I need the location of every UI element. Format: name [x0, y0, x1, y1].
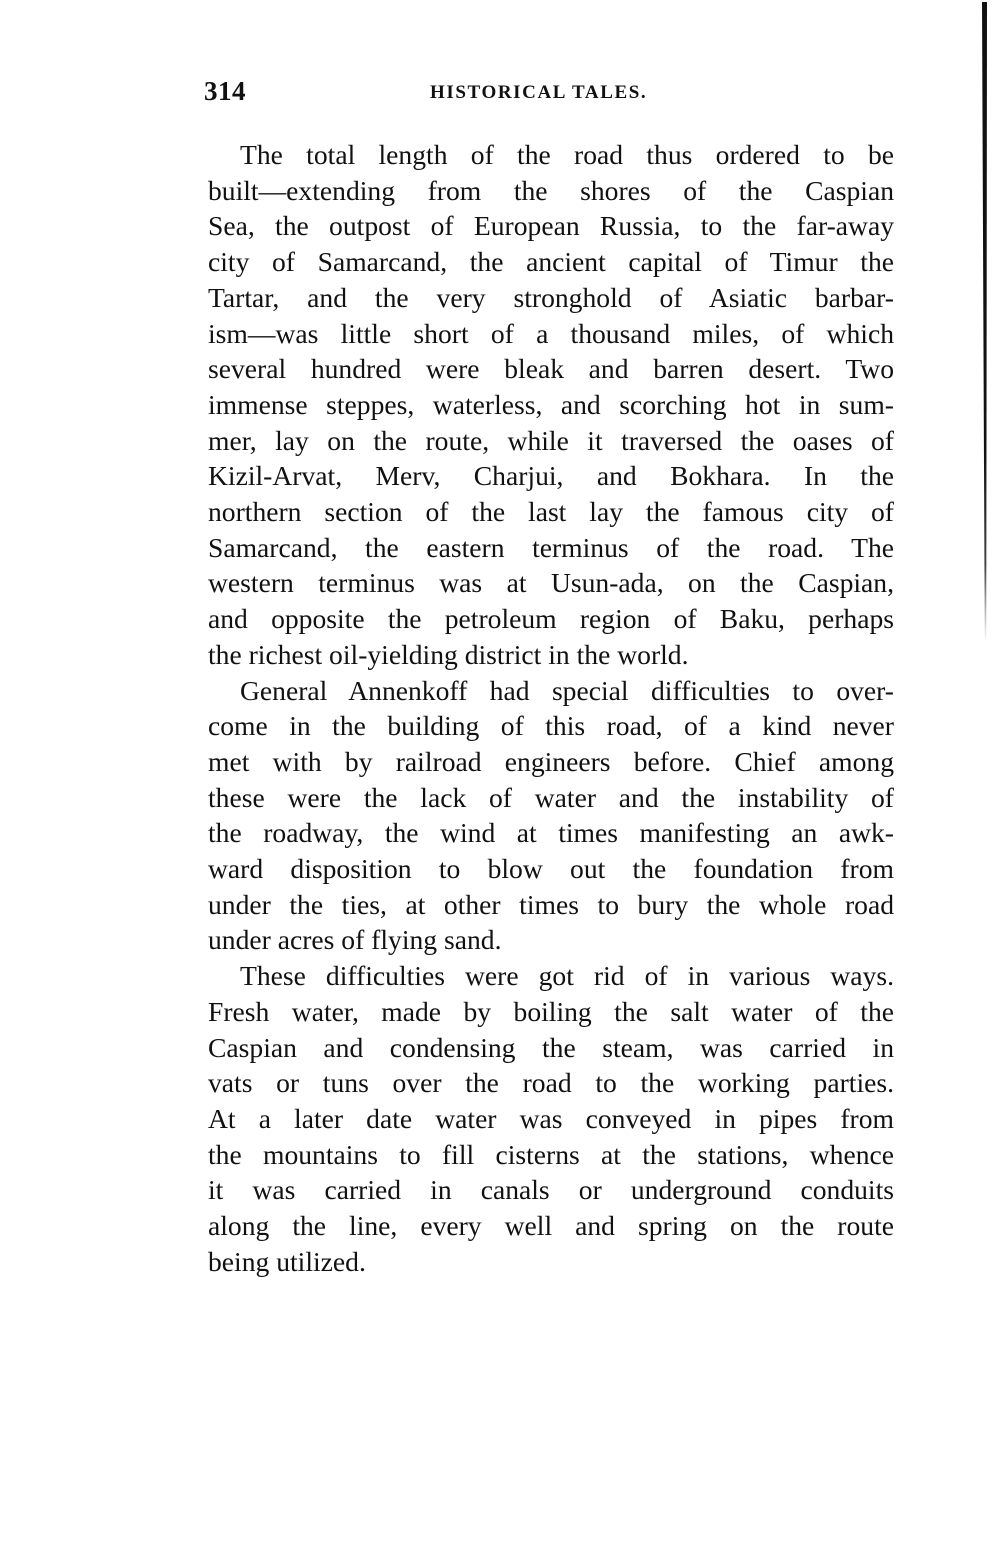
text-line: the roadway, the wind at times manifesti… [208, 815, 894, 851]
text-line: under acres of flying sand. [208, 922, 894, 958]
text-line: Sea, the outpost of European Russia, to … [208, 208, 894, 244]
text-line: and opposite the petroleum region of Bak… [208, 601, 894, 637]
running-title: HISTORICAL TALES. [430, 82, 647, 104]
text-line: immense steppes, waterless, and scorchin… [208, 387, 894, 423]
text-line: come in the building of this road, of a … [208, 708, 894, 744]
text-line: western terminus was at Usun-ada, on the… [208, 565, 894, 601]
page-binding-edge [982, 2, 987, 642]
text-line: The total length of the road thus ordere… [208, 137, 894, 173]
paragraph-2: General Annenkoff had special difficulti… [208, 673, 894, 959]
text-line: city of Samarcand, the ancient capital o… [208, 244, 894, 280]
text-line: Samarcand, the eastern terminus of the r… [208, 530, 894, 566]
paragraph-1: The total length of the road thus ordere… [208, 137, 894, 673]
paragraph-3: These difficulties were got rid of in va… [208, 958, 894, 1279]
text-line: Tartar, and the very stronghold of Asiat… [208, 280, 894, 316]
text-line: ward disposition to blow out the foundat… [208, 851, 894, 887]
text-line: These difficulties were got rid of in va… [208, 958, 894, 994]
text-line: At a later date water was conveyed in pi… [208, 1101, 894, 1137]
text-line: being utilized. [208, 1244, 894, 1280]
text-line: vats or tuns over the road to the workin… [208, 1065, 894, 1101]
text-line: Fresh water, made by boiling the salt wa… [208, 994, 894, 1030]
body-text: The total length of the road thus ordere… [208, 137, 894, 1280]
text-line: under the ties, at other times to bury t… [208, 887, 894, 923]
text-line: along the line, every well and spring on… [208, 1208, 894, 1244]
text-line: Caspian and condensing the steam, was ca… [208, 1030, 894, 1066]
text-line: the richest oil-yielding district in the… [208, 637, 894, 673]
text-line: northern section of the last lay the fam… [208, 494, 894, 530]
text-line: it was carried in canals or underground … [208, 1172, 894, 1208]
page-number: 314 [204, 76, 246, 107]
text-line: these were the lack of water and the ins… [208, 780, 894, 816]
running-head: 314 HISTORICAL TALES. [204, 76, 894, 110]
text-line: Kizil-Arvat, Merv, Charjui, and Bokhara.… [208, 458, 894, 494]
text-line: several hundred were bleak and barren de… [208, 351, 894, 387]
text-line: met with by railroad engineers before. C… [208, 744, 894, 780]
text-line: built—extending from the shores of the C… [208, 173, 894, 209]
text-line: mer, lay on the route, while it traverse… [208, 423, 894, 459]
text-line: ism—was little short of a thousand miles… [208, 316, 894, 352]
text-line: General Annenkoff had special difficulti… [208, 673, 894, 709]
text-line: the mountains to fill cisterns at the st… [208, 1137, 894, 1173]
